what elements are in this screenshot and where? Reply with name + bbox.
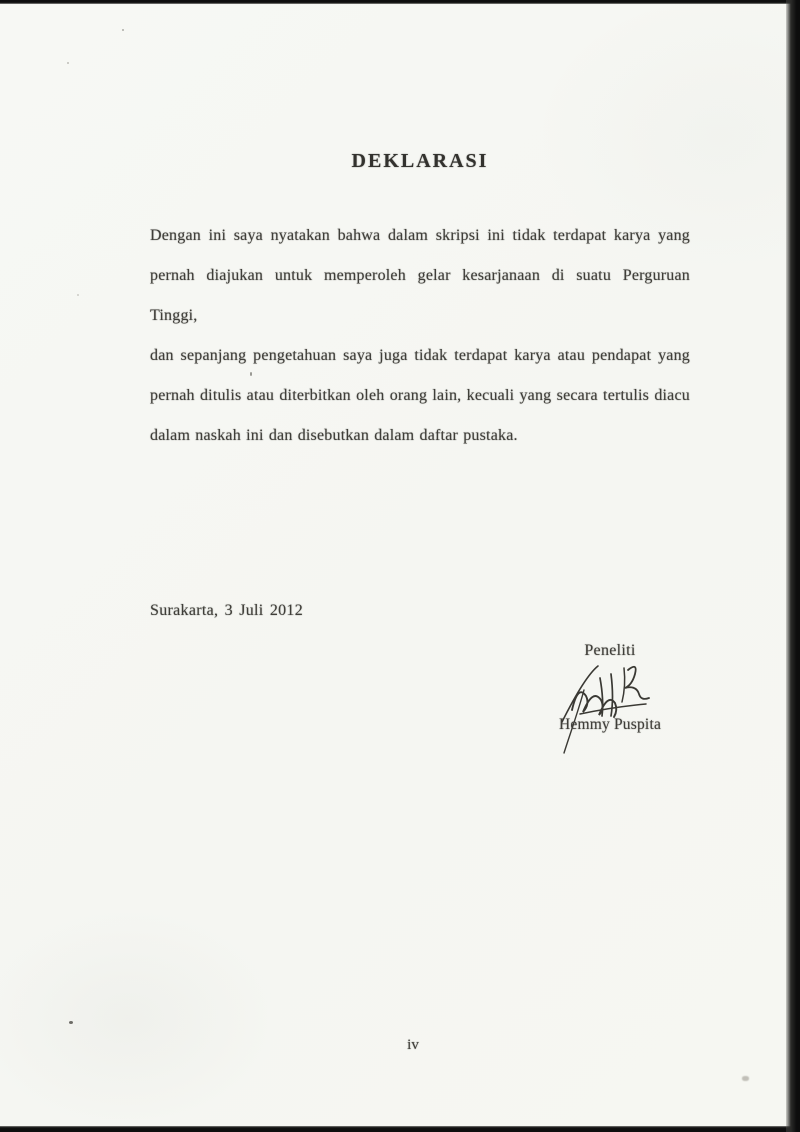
scan-speck (67, 62, 69, 64)
signer-role-label: Peneliti (540, 642, 680, 660)
declaration-line: pernah diajukan untuk memperoleh gelar k… (150, 256, 690, 336)
declaration-line: dalam naskah ini dan disebutkan dalam da… (150, 416, 690, 456)
declaration-line: pernah ditulis atau diterbitkan oleh ora… (150, 376, 690, 416)
signature-block: Peneliti Hemmy Puspita (540, 642, 680, 757)
signature-icon (554, 660, 672, 756)
scan-speck (122, 29, 124, 31)
scan-speck (69, 1021, 73, 1024)
declaration-paragraph: Dengan ini saya nyatakan bahwa dalam skr… (150, 216, 690, 456)
declaration-line: dan sepanjang pengetahuan saya juga tida… (150, 336, 690, 376)
scan-edge-top (0, 0, 800, 4)
page-title: DEKLARASI (150, 150, 690, 173)
signer-name: Hemmy Puspita (536, 716, 684, 734)
place-date-line: Surakarta, 3 Juli 2012 (150, 602, 303, 620)
scan-edge-bottom (0, 1126, 800, 1132)
scan-edge-right (786, 0, 800, 1132)
page-number: iv (363, 1037, 463, 1054)
scan-speck (250, 372, 252, 376)
declaration-line: Dengan ini saya nyatakan bahwa dalam skr… (150, 216, 690, 256)
scanned-declaration-page: DEKLARASI Dengan ini saya nyatakan bahwa… (0, 0, 800, 1132)
scan-speck (742, 1076, 749, 1081)
scan-speck (77, 294, 79, 296)
